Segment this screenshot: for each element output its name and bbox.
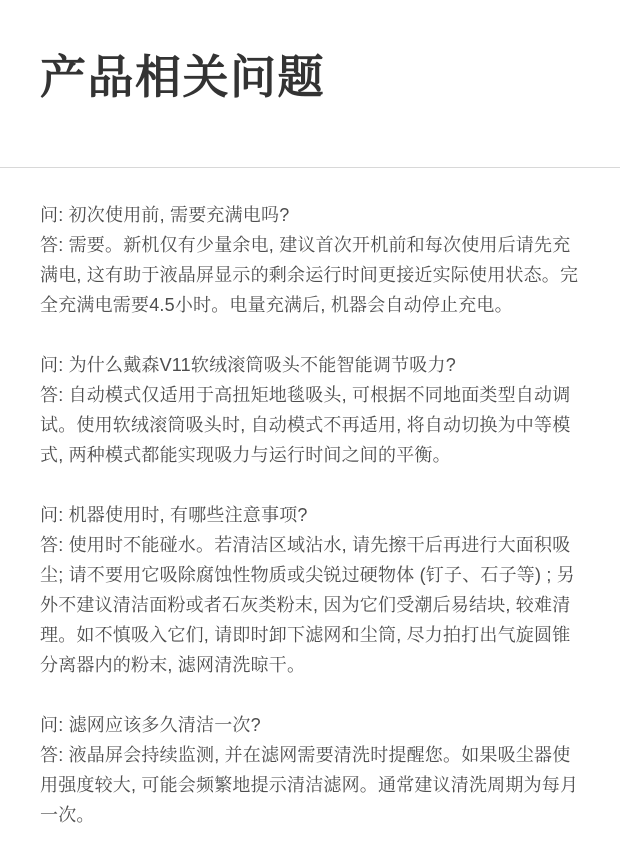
question-text: 问: 滤网应该多久清洁一次?: [40, 710, 585, 740]
answer-text: 答: 自动模式仅适用于高扭矩地毯吸头, 可根据不同地面类型自动调试。使用软绒滚筒…: [40, 380, 585, 470]
answer-text: 答: 液晶屏会持续监测, 并在滤网需要清洗时提醒您。如果吸尘器使用强度较大, 可…: [40, 740, 585, 830]
answer-text: 答: 需要。新机仅有少量余电, 建议首次开机前和每次使用后请先充满电, 这有助于…: [40, 230, 585, 320]
question-text: 问: 为什么戴森V11软绒滚筒吸头不能智能调节吸力?: [40, 350, 585, 380]
qa-block-usage-precautions: 问: 机器使用时, 有哪些注意事项? 答: 使用时不能碰水。若清洁区域沾水, 请…: [40, 500, 585, 680]
question-text: 问: 初次使用前, 需要充满电吗?: [40, 200, 585, 230]
qa-block-filter-cleaning: 问: 滤网应该多久清洁一次? 答: 液晶屏会持续监测, 并在滤网需要清洗时提醒您…: [40, 710, 585, 830]
faq-list: 问: 初次使用前, 需要充满电吗? 答: 需要。新机仅有少量余电, 建议首次开机…: [0, 168, 620, 830]
qa-block-charging: 问: 初次使用前, 需要充满电吗? 答: 需要。新机仅有少量余电, 建议首次开机…: [40, 200, 585, 320]
product-faq-page: 产品相关问题 问: 初次使用前, 需要充满电吗? 答: 需要。新机仅有少量余电,…: [0, 0, 620, 855]
page-title: 产品相关问题: [0, 0, 620, 106]
question-text: 问: 机器使用时, 有哪些注意事项?: [40, 500, 585, 530]
answer-text: 答: 使用时不能碰水。若清洁区域沾水, 请先擦干后再进行大面积吸尘; 请不要用它…: [40, 530, 585, 680]
qa-block-suction-adjust: 问: 为什么戴森V11软绒滚筒吸头不能智能调节吸力? 答: 自动模式仅适用于高扭…: [40, 350, 585, 470]
